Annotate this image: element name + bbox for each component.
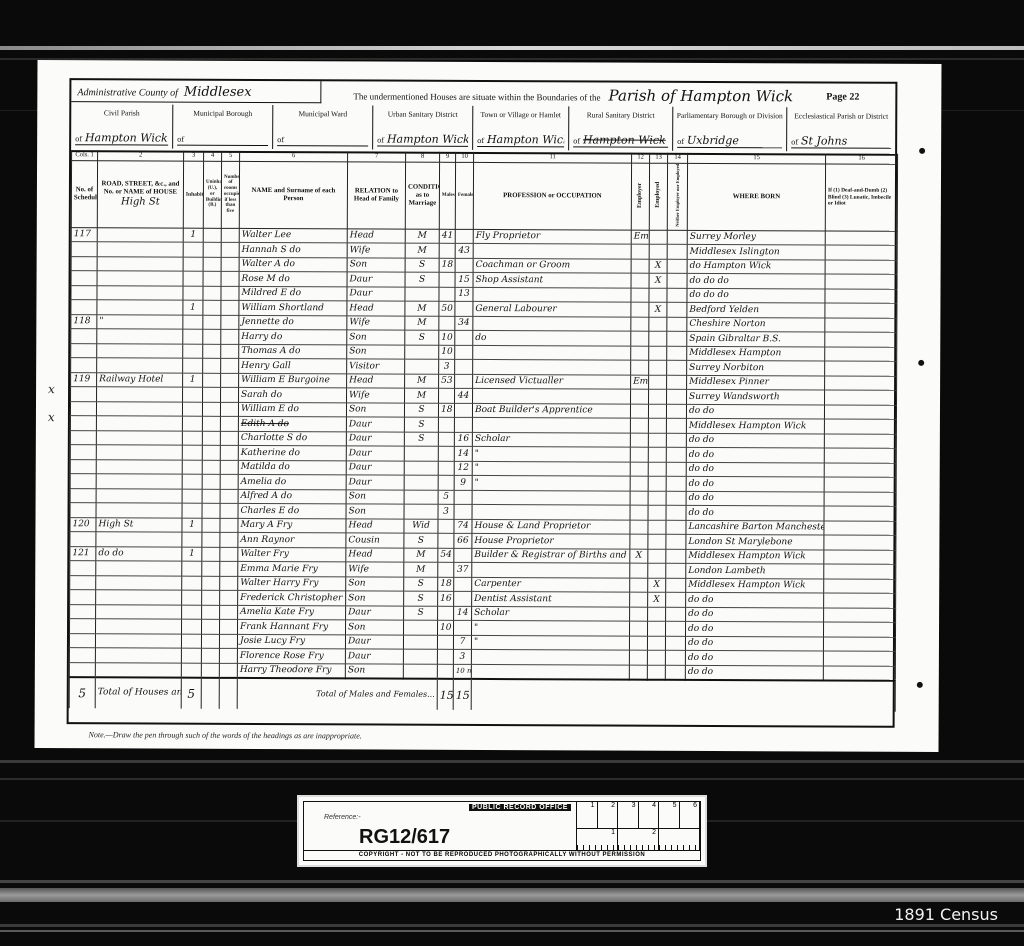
occupation-cell (472, 563, 630, 578)
uninhabited-cell (203, 242, 221, 257)
rooms-cell (220, 460, 238, 475)
road-heading-value: High St (100, 196, 181, 208)
condition-cell (404, 620, 438, 635)
female-age-cell: 44 (455, 389, 473, 404)
inhabited-cell (181, 648, 201, 663)
inhabited-cell (182, 474, 202, 489)
road-cell (97, 343, 183, 358)
road-cell (96, 590, 182, 605)
infirmity-cell (824, 608, 896, 623)
female-age-cell: 14 (454, 606, 472, 621)
division-urban-sanitary: Urban Sanitary District ofHampton Wick (373, 105, 473, 149)
infirmity-cell (824, 564, 896, 579)
uninhabited-cell (202, 605, 220, 620)
neither-cell (667, 302, 687, 317)
rooms-cell (221, 359, 239, 374)
relation-cell: Daur (346, 461, 404, 476)
road-cell (96, 430, 182, 445)
road-cell (96, 488, 182, 503)
where-born-cell: do do (686, 593, 824, 608)
road-cell (96, 445, 182, 460)
employer-cell (630, 578, 648, 593)
inhabited-cell: 1 (183, 228, 203, 243)
inhabited-cell (183, 257, 203, 272)
film-streak (0, 888, 1024, 902)
employed-cell (647, 650, 665, 665)
condition-cell: S (404, 577, 438, 592)
female-age-cell (454, 548, 472, 563)
where-born-cell: Surrey Morley (687, 230, 825, 245)
occupation-cell: House Proprietor (472, 534, 630, 549)
where-born-cell: do do (685, 651, 823, 666)
female-age-cell: 66 (454, 534, 472, 549)
inhabited-cell (183, 358, 203, 373)
where-born-cell: do do (686, 448, 824, 463)
employed-cell: X (649, 302, 667, 317)
rooms-cell (221, 344, 239, 359)
road-cell (96, 459, 182, 474)
division-rural-sanitary: Rural Sanitary District ofHampton Wick (569, 106, 673, 150)
employer-cell (630, 462, 648, 477)
male-age-cell: 53 (439, 374, 455, 389)
condition-cell: M (404, 562, 438, 577)
col-occupation: PROFESSION or OCCUPATION (473, 162, 631, 229)
infirmity-cell (825, 289, 897, 304)
infirmity-cell (825, 274, 897, 289)
inhabited-cell (181, 663, 201, 678)
rooms-cell (220, 431, 238, 446)
uninhabited-cell (203, 271, 221, 286)
condition-cell: S (404, 533, 438, 548)
uninhabited-cell (203, 228, 221, 243)
neither-cell (667, 375, 687, 390)
condition-cell (403, 635, 437, 650)
male-age-cell: 10 (438, 620, 454, 635)
neither-cell (667, 273, 687, 288)
inhabited-cell (183, 242, 203, 257)
name-cell: Walter Harry Fry (238, 576, 346, 591)
rooms-cell (220, 504, 238, 519)
relation-cell: Head (347, 374, 405, 389)
rooms-cell (221, 373, 239, 388)
schedule-cell (70, 590, 96, 605)
rooms-cell (221, 272, 239, 287)
inhabited-cell (183, 286, 203, 301)
division-parliamentary: Parliamentary Borough or Division ofUxbr… (673, 107, 787, 151)
road-cell (96, 503, 182, 518)
road-cell (96, 416, 182, 431)
female-age-cell (455, 360, 473, 375)
schedule-cell (70, 532, 96, 547)
col-male-age: Males (439, 162, 455, 229)
employer-cell (630, 447, 648, 462)
condition-cell (405, 287, 439, 302)
measurement-scale: 1 2 3 4 5 6 1 2 (576, 802, 700, 850)
where-born-cell: Surrey Wandsworth (687, 390, 825, 405)
uninhabited-cell (202, 503, 220, 518)
houses-total-label: Total of Houses and of Tenements with le… (95, 677, 181, 708)
col-condition: CONDITION as to Marriage (405, 162, 439, 229)
inhabited-cell: 1 (182, 518, 202, 533)
uninhabited-cell (202, 547, 220, 562)
schedule-cell (70, 401, 96, 416)
where-born-cell: London St Marylebone (686, 535, 824, 550)
female-age-cell (454, 577, 472, 592)
name-cell: Emma Marie Fry (238, 562, 346, 577)
male-age-cell (437, 664, 453, 679)
road-cell (97, 227, 183, 242)
inhabited-total: 5 (181, 678, 201, 709)
relation-cell: Daur (346, 446, 404, 461)
infirmity-cell (823, 666, 895, 681)
form-header: Administrative County ofMiddlesex The un… (71, 80, 895, 156)
occupation-cell (473, 389, 631, 404)
condition-cell: S (405, 272, 439, 287)
female-age-cell: 9 (454, 476, 472, 491)
female-age-cell (454, 403, 472, 418)
condition-cell (404, 490, 438, 505)
where-born-cell: do do (686, 433, 824, 448)
schedule-cell (70, 445, 96, 460)
schedule-cell (71, 271, 97, 286)
rooms-cell (221, 257, 239, 272)
inhabited-cell (182, 605, 202, 620)
name-cell: William Shortland (239, 301, 347, 316)
female-age-cell (454, 621, 472, 636)
neither-cell (665, 621, 685, 636)
uninhabited-cell (202, 532, 220, 547)
inhabited-cell (183, 271, 203, 286)
condition-cell: S (404, 606, 438, 621)
where-born-cell: Middlesex Pinner (687, 375, 825, 390)
uninhabited-cell (202, 474, 220, 489)
occupation-cell: do (473, 331, 631, 346)
admin-county-value: Middlesex (184, 85, 252, 100)
employer-cell (630, 404, 648, 419)
relation-cell: Son (346, 403, 404, 418)
male-age-cell: 10 (439, 330, 455, 345)
female-age-cell: 13 (455, 287, 473, 302)
employer-cell (631, 288, 649, 303)
film-streak (0, 924, 1024, 927)
female-age-cell (454, 592, 472, 607)
column-headings-row: No. of Schedule ROAD, STREET, &c., and N… (71, 161, 897, 231)
occupation-cell: Boat Builder's Apprentice (472, 403, 630, 418)
employed-cell (649, 346, 667, 361)
col-infirmity: If (1) Deaf-and-Dumb (2) Blind (3) Lunat… (825, 164, 897, 231)
occupation-cell: Carpenter (472, 577, 630, 592)
schedule-cell: 121 (70, 546, 96, 561)
rooms-cell (221, 388, 239, 403)
uninhabited-cell (202, 576, 220, 591)
inhabited-cell (183, 315, 203, 330)
neither-cell (666, 491, 686, 506)
relation-cell: Wife (347, 316, 405, 331)
rooms-cell (221, 228, 239, 243)
infirmity-cell (824, 492, 896, 507)
employed-cell (647, 636, 665, 651)
relation-cell: Wife (347, 243, 405, 258)
uninhabited-cell (202, 402, 220, 417)
where-born-cell: London Lambeth (686, 564, 824, 579)
division-civil-parish: Civil Parish ofHampton Wick (71, 104, 173, 148)
schedule-cell (70, 416, 96, 431)
infirmity-cell (824, 405, 896, 420)
infirmity-cell (825, 260, 897, 275)
col-employer: Employer (631, 163, 649, 230)
employed-cell (648, 462, 666, 477)
relation-cell: Son (346, 591, 404, 606)
infirmity-cell (824, 448, 896, 463)
where-born-cell: do do (685, 665, 823, 681)
employed-cell (648, 563, 666, 578)
neither-cell (666, 418, 686, 433)
female-age-cell: 37 (454, 563, 472, 578)
uninhabited-cell (203, 315, 221, 330)
inhabited-cell (183, 344, 203, 359)
infirmity-cell (824, 506, 896, 521)
uninhabited-cell (202, 431, 220, 446)
employer-cell (631, 259, 649, 274)
male-age-cell (437, 649, 453, 664)
name-cell: Sarah do (239, 388, 347, 403)
employed-cell (648, 491, 666, 506)
employer-cell (629, 636, 647, 651)
col-uninhabited: Uninhabited (U.), or Building (B.) (203, 161, 221, 228)
road-cell (96, 619, 182, 634)
relation-cell: Son (347, 345, 405, 360)
rooms-cell (221, 301, 239, 316)
schedule-cell (71, 242, 97, 257)
female-age-cell: 3 (453, 650, 471, 665)
infirmity-cell (825, 245, 897, 260)
condition-cell: S (404, 591, 438, 606)
where-born-cell: do do (686, 404, 824, 419)
neither-cell (665, 665, 685, 680)
inhabited-cell (182, 402, 202, 417)
males-total: 15 (437, 679, 453, 710)
relation-cell: Son (347, 330, 405, 345)
employer-cell: X (630, 549, 648, 564)
relation-cell: Cousin (346, 533, 404, 548)
relation-cell: Daur (346, 417, 404, 432)
female-age-cell: 7 (453, 635, 471, 650)
where-born-cell: do do (685, 636, 823, 651)
houses-total-count: 5 (69, 677, 95, 708)
neither-cell (666, 607, 686, 622)
employer-cell (630, 592, 648, 607)
infirmity-cell (824, 593, 896, 608)
neither-cell (667, 244, 687, 259)
relation-cell: Son (346, 577, 404, 592)
neither-cell (667, 259, 687, 274)
employed-cell (649, 317, 667, 332)
name-cell: Henry Gall (239, 359, 347, 374)
male-age-cell: 41 (439, 229, 455, 244)
female-age-cell (455, 345, 473, 360)
female-age-cell (454, 418, 472, 433)
female-age-cell (454, 505, 472, 520)
admin-county: Administrative County ofMiddlesex (71, 80, 321, 103)
uninhabited-cell (202, 445, 220, 460)
col-relation: RELATION to Head of Family (347, 162, 405, 229)
inhabited-cell (183, 329, 203, 344)
neither-cell (666, 505, 686, 520)
neither-cell (666, 462, 686, 477)
where-born-cell: Middlesex Hampton Wick (686, 549, 824, 564)
infirmity-cell (824, 477, 896, 492)
employer-cell: Em (631, 375, 649, 390)
relation-cell: Son (346, 504, 404, 519)
rooms-cell (219, 649, 237, 664)
name-cell: Harry do (239, 330, 347, 345)
uninhabited-cell (202, 619, 220, 634)
schedule-cell (70, 430, 96, 445)
name-cell: Florence Rose Fry (237, 649, 345, 664)
name-cell: Matilda do (238, 460, 346, 475)
male-age-cell (439, 316, 455, 331)
rooms-cell (220, 518, 238, 533)
division-town-village: Town or Village or Hamlet ofHampton Wick (473, 106, 569, 150)
occupation-cell: Shop Assistant (473, 273, 631, 288)
neither-cell (667, 346, 687, 361)
name-cell: Rose M do (239, 272, 347, 287)
inhabited-cell (181, 634, 201, 649)
condition-cell: S (404, 432, 438, 447)
occupation-cell (472, 418, 630, 433)
road-cell (97, 329, 183, 344)
rooms-cell (220, 620, 238, 635)
male-age-cell (438, 446, 454, 461)
schedule-cell (71, 358, 97, 373)
condition-cell: M (405, 316, 439, 331)
name-cell: Harry Theodore Fry (237, 663, 345, 678)
infirmity-cell (825, 361, 897, 376)
schedule-cell (70, 503, 96, 518)
neither-cell (667, 389, 687, 404)
where-born-cell: Lancashire Barton Manchester (686, 520, 824, 535)
condition-cell: M (405, 374, 439, 389)
census-form: Administrative County ofMiddlesex The un… (67, 78, 898, 728)
condition-cell: M (405, 243, 439, 258)
schedule-cell: 118 (71, 314, 97, 329)
schedule-cell (70, 604, 96, 619)
condition-cell (404, 446, 438, 461)
neither-cell (667, 230, 687, 245)
uninhabited-cell (201, 663, 219, 678)
name-cell: Walter Fry (238, 547, 346, 562)
neither-cell (666, 578, 686, 593)
uninhabited-cell (202, 561, 220, 576)
road-cell (96, 474, 182, 489)
relation-cell: Daur (346, 475, 404, 490)
inhabited-cell (182, 590, 202, 605)
uninhabited-cell (202, 489, 220, 504)
inhabited-cell (182, 489, 202, 504)
rooms-cell (220, 489, 238, 504)
employer-cell (631, 302, 649, 317)
reference-slip: Reference:- PUBLIC RECORD OFFICE RG12/61… (297, 795, 707, 867)
employer-cell (630, 505, 648, 520)
employer-cell (630, 520, 648, 535)
neither-cell (665, 650, 685, 665)
neither-cell (666, 447, 686, 462)
col-road: ROAD, STREET, &c., and No. or NAME of HO… (97, 161, 183, 228)
occupation-cell: General Labourer (473, 302, 631, 317)
infirmity-cell (825, 390, 897, 405)
page-number: Page 22 (826, 91, 859, 102)
schedule-cell (70, 488, 96, 503)
employed-cell: X (649, 273, 667, 288)
female-age-cell (455, 302, 473, 317)
employed-cell (648, 447, 666, 462)
schedule-cell (70, 474, 96, 489)
road-cell (97, 271, 183, 286)
name-cell: Josie Lucy Fry (237, 634, 345, 649)
females-total: 15 (453, 679, 471, 710)
condition-cell: M (405, 388, 439, 403)
employed-cell (649, 230, 667, 245)
road-cell (97, 242, 183, 257)
name-cell: Edith A do (238, 417, 346, 432)
name-cell: Frank Hannant Fry (238, 620, 346, 635)
inhabited-cell (182, 532, 202, 547)
reference-code: RG12/617 (359, 826, 450, 849)
where-born-cell: Middlesex Hampton (687, 346, 825, 361)
neither-cell (666, 433, 686, 448)
uninhabited-cell (203, 329, 221, 344)
employer-cell (631, 360, 649, 375)
reference-label: Reference:- (324, 814, 361, 821)
employed-cell (649, 360, 667, 375)
employed-cell (648, 534, 666, 549)
condition-cell (404, 461, 438, 476)
relation-cell: Daur (345, 649, 403, 664)
infirmity-cell (824, 434, 896, 449)
rooms-cell (220, 446, 238, 461)
occupation-cell: " (472, 447, 630, 462)
schedule-cell (70, 619, 96, 634)
punch-hole (918, 360, 924, 366)
employer-cell: Em (631, 230, 649, 245)
condition-cell (405, 359, 439, 374)
infirmity-cell (824, 419, 896, 434)
census-page: x x Administrative County ofMiddlesex Th… (35, 60, 942, 752)
division-ecclesiastical: Ecclesiastical Parish or District ofSt J… (787, 107, 895, 151)
col-where-born: WHERE BORN (687, 163, 825, 230)
road-cell (96, 575, 182, 590)
female-age-cell (454, 490, 472, 505)
occupation-cell: Licensed Victualler (473, 374, 631, 389)
occupation-cell (471, 650, 629, 665)
film-streak (0, 880, 1024, 883)
inhabited-cell (182, 460, 202, 475)
occupation-cell (473, 360, 631, 375)
name-cell: Frederick Christopher Fry (238, 591, 346, 606)
employed-cell (649, 331, 667, 346)
relation-cell: Visitor (347, 359, 405, 374)
employed-cell (649, 389, 667, 404)
employed-cell (649, 244, 667, 259)
road-cell (96, 532, 182, 547)
col-inhabited: Inhabited (183, 161, 203, 228)
relation-cell: Wife (346, 562, 404, 577)
condition-cell (404, 475, 438, 490)
census-table: Cols. 1 2 3 4 5 6 7 8 9 10 11 12 13 14 1… (69, 150, 898, 712)
female-age-cell: 15 (455, 273, 473, 288)
schedule-cell (70, 575, 96, 590)
inhabited-cell (183, 387, 203, 402)
